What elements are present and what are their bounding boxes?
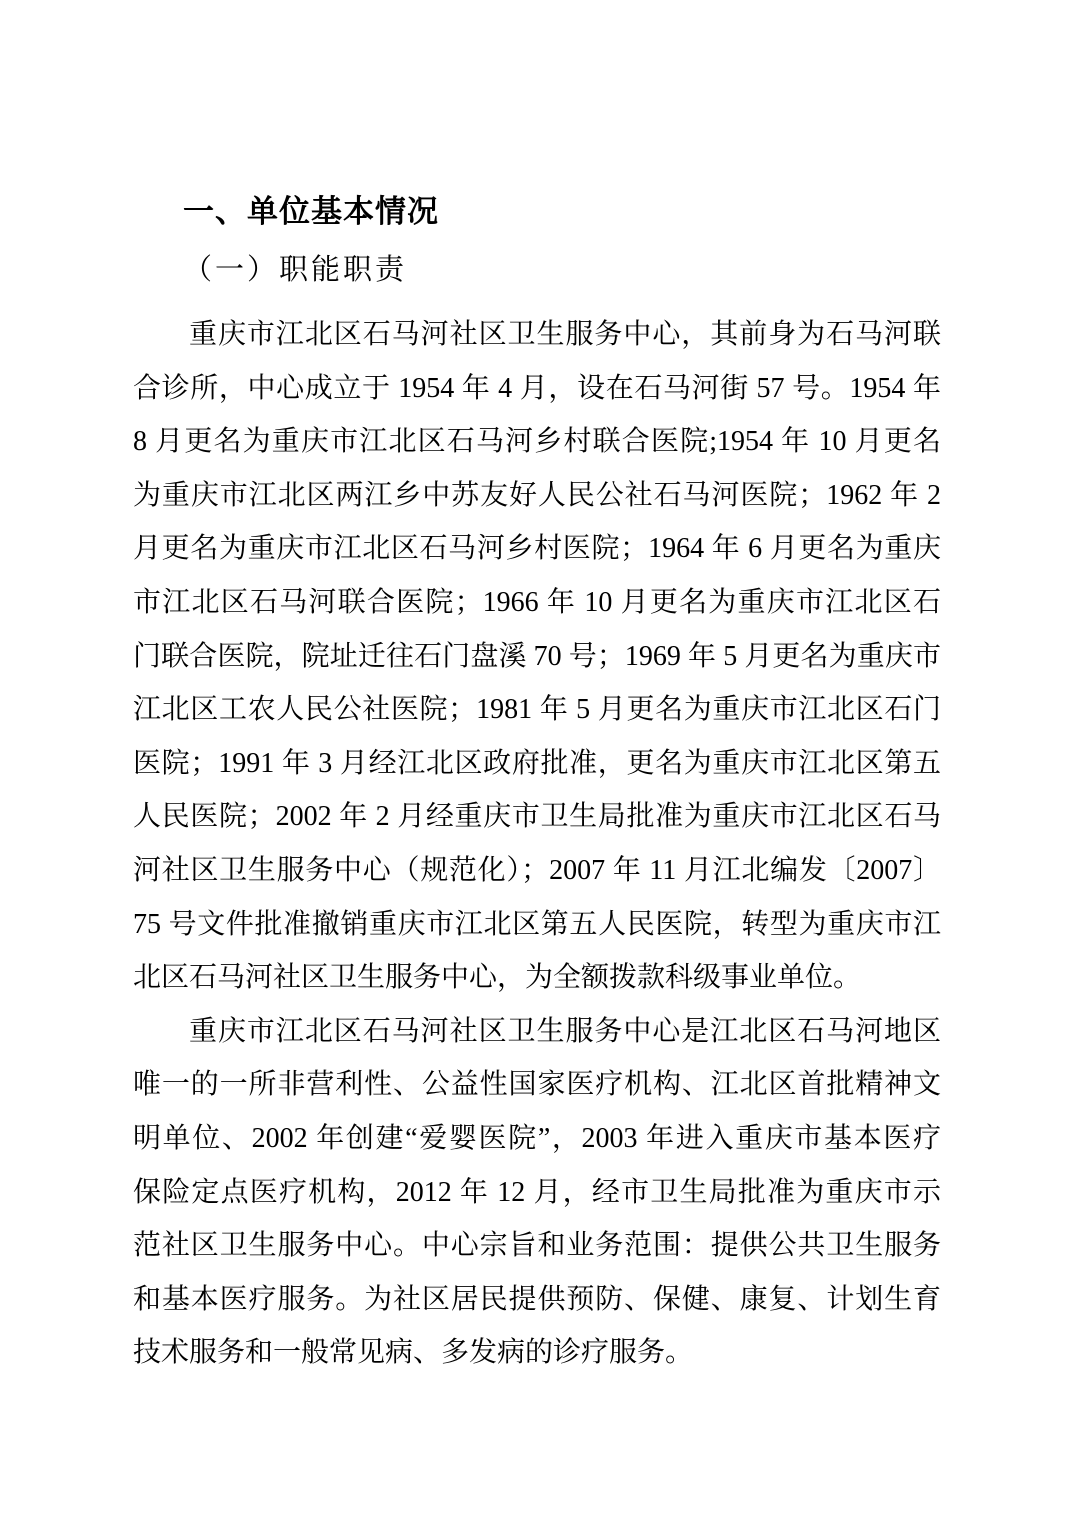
text-line: 重庆市江北区石马河社区卫生服务中心，其前身为石马河联 [133, 308, 941, 362]
document-page: 一、单位基本情况 （一）职能职责 重庆市江北区石马河社区卫生服务中心，其前身为石… [0, 0, 1074, 1520]
text-line: 合诊所，中心成立于 1954 年 4 月，设在石马河街 57 号。1954 年 [133, 362, 941, 416]
text-line: 范社区卫生服务中心。中心宗旨和业务范围：提供公共卫生服务 [133, 1219, 941, 1273]
paragraph: 重庆市江北区石马河社区卫生服务中心是江北区石马河地区唯一的一所非营利性、公益性国… [133, 1005, 941, 1380]
text-line: 门联合医院，院址迁往石门盘溪 70 号；1969 年 5 月更名为重庆市 [133, 630, 941, 684]
text-line: 为重庆市江北区两江乡中苏友好人民公社石马河医院；1962 年 2 [133, 469, 941, 523]
text-line: 8 月更名为重庆市江北区石马河乡村联合医院;1954 年 10 月更名 [133, 415, 941, 469]
text-line: 月更名为重庆市江北区石马河乡村医院；1964 年 6 月更名为重庆 [133, 522, 941, 576]
text-line: 技术服务和一般常见病、多发病的诊疗服务。 [133, 1326, 941, 1380]
subsection-heading: （一）职能职责 [133, 250, 941, 290]
text-line: 明单位、2002 年创建“爱婴医院”，2003 年进入重庆市基本医疗 [133, 1112, 941, 1166]
section-heading: 一、单位基本情况 [133, 192, 941, 232]
text-line: 唯一的一所非营利性、公益性国家医疗机构、江北区首批精神文 [133, 1058, 941, 1112]
text-line: 江北区工农人民公社医院；1981 年 5 月更名为重庆市江北区石门 [133, 683, 941, 737]
text-line: 重庆市江北区石马河社区卫生服务中心是江北区石马河地区 [133, 1005, 941, 1059]
paragraph: 重庆市江北区石马河社区卫生服务中心，其前身为石马河联合诊所，中心成立于 1954… [133, 308, 941, 1005]
text-line: 和基本医疗服务。为社区居民提供预防、保健、康复、计划生育 [133, 1273, 941, 1327]
text-line: 河社区卫生服务中心（规范化）；2007 年 11 月江北编发〔2007〕 [133, 844, 941, 898]
text-line: 保险定点医疗机构，2012 年 12 月，经市卫生局批准为重庆市示 [133, 1166, 941, 1220]
document-content: 一、单位基本情况 （一）职能职责 重庆市江北区石马河社区卫生服务中心，其前身为石… [133, 192, 941, 1380]
text-line: 北区石马河社区卫生服务中心，为全额拨款科级事业单位。 [133, 951, 941, 1005]
text-line: 人民医院；2002 年 2 月经重庆市卫生局批准为重庆市江北区石马 [133, 790, 941, 844]
text-line: 市江北区石马河联合医院；1966 年 10 月更名为重庆市江北区石 [133, 576, 941, 630]
text-line: 医院；1991 年 3 月经江北区政府批准，更名为重庆市江北区第五 [133, 737, 941, 791]
body-text: 重庆市江北区石马河社区卫生服务中心，其前身为石马河联合诊所，中心成立于 1954… [133, 308, 941, 1380]
text-line: 75 号文件批准撤销重庆市江北区第五人民医院，转型为重庆市江 [133, 898, 941, 952]
